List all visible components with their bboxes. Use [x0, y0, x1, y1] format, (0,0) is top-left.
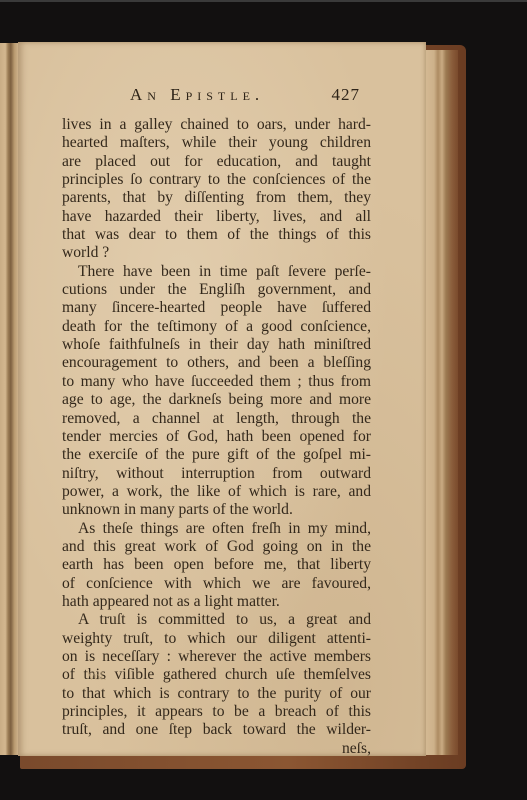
text-line: tender mercies of God, hath been opened … — [62, 428, 371, 446]
text-line: have hazarded their liberty, lives, and … — [62, 208, 371, 226]
text-line: of this viſible gathered church uſe them… — [62, 666, 371, 684]
text-line: of conſcience with which we are favoured… — [62, 575, 371, 593]
text-line: hath appeared not as a light matter. — [62, 593, 371, 611]
text-line: There have been in time paſt ſevere perſ… — [62, 263, 371, 281]
text-line: many ſincere-hearted people have ſuffere… — [62, 299, 371, 317]
text-line: lives in a galley chained to oars, under… — [62, 116, 371, 134]
text-line: niſtry, without interruption from outwar… — [62, 465, 371, 483]
text-line: principles, it appears to be a breach of… — [62, 703, 371, 721]
text-line: age to age, the darkneſs being more and … — [62, 391, 371, 409]
text-line: As theſe things are often freſh in my mi… — [62, 520, 371, 538]
text-line: unknown in many parts of the world. — [62, 501, 371, 519]
text-line: world ? — [62, 244, 371, 262]
catchword: neſs, — [62, 740, 371, 758]
previous-page-edge — [0, 43, 18, 755]
text-line: whoſe faithfulneſs in their day hath min… — [62, 336, 371, 354]
running-title: An Epistle. — [130, 85, 264, 105]
text-line: power, a work, the like of which is rare… — [62, 483, 371, 501]
text-line: parents, that by diſſenting from them, t… — [62, 189, 371, 207]
text-line: are placed out for education, and taught — [62, 153, 371, 171]
signature-mark: Vol. — [87, 669, 106, 684]
text-line: hearted maſters, while their young child… — [62, 134, 371, 152]
text-line: death for the teſtimony of a good conſci… — [62, 318, 371, 336]
text-line: on is neceſſary : wherever the active me… — [62, 648, 371, 666]
text-line: principles ſo contrary to the conſcience… — [62, 171, 371, 189]
body-text: lives in a galley chained to oars, under… — [62, 116, 371, 758]
text-line: cutions under the Engliſh government, an… — [62, 281, 371, 299]
text-line: and this great work of God going on in t… — [62, 538, 371, 556]
text-line: that was dear to them of the things of t… — [62, 226, 371, 244]
text-line: encouragement to others, and been a bleſ… — [62, 354, 371, 372]
text-line: to that which is contrary to the purity … — [62, 685, 371, 703]
text-line: truſt, and one ſtep back toward the wild… — [62, 721, 371, 739]
page-header: An Epistle. 427 — [108, 85, 360, 109]
text-line: earth has been open before me, that libe… — [62, 556, 371, 574]
text-line: weighty truſt, to which our diligent att… — [62, 630, 371, 648]
text-line: the exerciſe of the pure gift of the goſ… — [62, 446, 371, 464]
scan-top-border — [0, 0, 527, 2]
text-line: removed, a channel at length, through th… — [62, 410, 371, 428]
text-line: to many who have ſucceeded them ; thus f… — [62, 373, 371, 391]
text-line: A truſt is committed to us, a great and — [62, 611, 371, 629]
page-number: 427 — [332, 85, 361, 105]
